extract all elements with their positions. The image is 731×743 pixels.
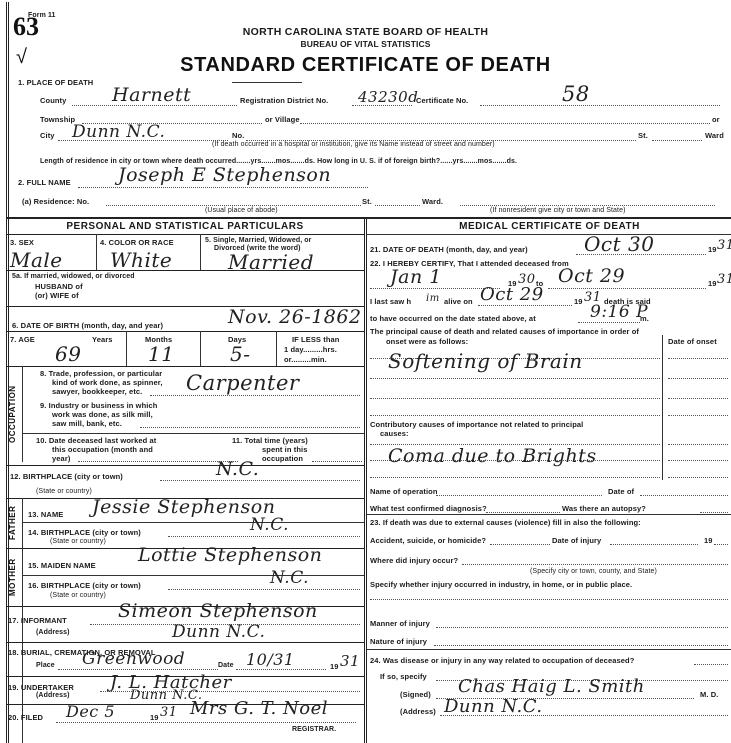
industry-label: 9. Industry or business in which <box>40 401 157 410</box>
dod-label: 21. DATE OF DEATH (month, day, and year) <box>370 245 528 254</box>
occurred-label: to have occurred on the date stated abov… <box>370 314 536 323</box>
injury-date-label: Date of injury <box>552 536 601 545</box>
dod-year-field[interactable]: 31 <box>717 238 731 253</box>
registrar-field[interactable]: Mrs G. T. Noel <box>190 698 328 719</box>
md-label: M. D. <box>700 690 718 699</box>
no-label: No. <box>232 131 244 140</box>
spouse-label: 5a. If married, widowed, or divorced <box>12 273 135 280</box>
side-divider <box>22 366 23 462</box>
city-label: City <box>40 131 55 140</box>
lastsaw-field[interactable]: Oct 29 <box>480 284 544 305</box>
external-label: 23. If death was due to external causes … <box>370 518 641 527</box>
lastsaw-year-prefix: 19 <box>574 297 583 306</box>
where-label: Where did injury occur? <box>370 556 458 565</box>
burial-place-line <box>58 669 218 670</box>
or-label: or <box>712 115 720 124</box>
personal-section-title: PERSONAL AND STATISTICAL PARTICULARS <box>6 221 364 232</box>
totaltime-line <box>312 461 362 462</box>
lastsaw-line <box>478 305 572 306</box>
abode-note: (Usual place of abode) <box>205 207 278 214</box>
contributory-label-2: causes: <box>380 429 409 438</box>
side-divider <box>22 498 23 608</box>
less-min-label: or.........min. <box>284 355 327 364</box>
contributory-label: Contributory causes of importance not re… <box>370 420 583 429</box>
section-divider <box>6 217 731 219</box>
col-divider <box>126 331 127 366</box>
row-divider <box>6 465 364 466</box>
to-year-prefix: 19 <box>708 279 717 288</box>
informant-address-field[interactable]: Dunn N.C. <box>172 622 265 642</box>
test-line <box>486 512 560 513</box>
father-bp-label: 14. BIRTHPLACE (city or town) <box>28 528 141 537</box>
filed-label: 20. FILED <box>8 713 43 722</box>
trade-label-2: kind of work done, as spinner, <box>52 378 163 387</box>
onset-line <box>668 415 728 416</box>
birthplace-label: 12. BIRTHPLACE (city or town) <box>10 472 123 481</box>
trade-label: 8. Trade, profession, or particular <box>40 369 162 378</box>
divider <box>232 82 302 83</box>
trade-line <box>150 395 360 396</box>
dod-year-prefix: 19 <box>708 245 717 254</box>
spouse-wife-label: (or) WIFE of <box>35 291 79 300</box>
lastsaw-label: I last saw h <box>370 297 411 306</box>
place-of-death-label: 1. PLACE OF DEATH <box>18 78 93 87</box>
marital-label: 5. Single, Married, Widowed, or <box>205 237 312 244</box>
filed-year-field[interactable]: 31 <box>160 705 178 720</box>
operation-date-label: Date of <box>608 487 634 496</box>
specify-line <box>370 599 728 600</box>
sex-label: 3. SEX <box>10 238 34 247</box>
time-suffix: m. <box>640 314 649 323</box>
manner-line <box>436 627 728 628</box>
row-divider <box>367 234 731 235</box>
occupation-side-label: OCCUPATION <box>8 366 22 462</box>
row-divider <box>367 514 731 515</box>
race-label: 4. COLOR OR RACE <box>100 238 174 247</box>
age-days-field[interactable]: 5- <box>230 342 250 366</box>
age-months-field[interactable]: 11 <box>148 342 174 366</box>
col-divider <box>276 331 277 366</box>
mother-bp-sub: (State or country) <box>50 592 106 599</box>
county-label: County <box>40 96 66 105</box>
autopsy-label: Was there an autopsy? <box>562 504 646 513</box>
injury-year-label: 19 <box>704 536 713 545</box>
row-divider <box>6 642 364 643</box>
address-label: (Address) <box>400 707 436 716</box>
num-divider <box>22 606 23 743</box>
informant-label: 17. INFORMANT <box>8 616 67 625</box>
cause-line <box>370 378 660 379</box>
totaltime-label-3: occupation <box>262 454 303 463</box>
col-divider <box>200 234 201 270</box>
related-line <box>694 664 728 665</box>
dod-field[interactable]: Oct 30 <box>584 232 654 256</box>
onset-line <box>668 477 728 478</box>
dob-field[interactable]: Nov. 26-1862 <box>228 306 362 328</box>
filed-date-field[interactable]: Dec 5 <box>66 702 115 721</box>
operation-label: Name of operation <box>370 487 438 496</box>
district-field[interactable]: 43230d <box>358 88 418 106</box>
contributory-line <box>370 477 660 478</box>
attended-to-field[interactable]: Oct 29 <box>558 265 625 287</box>
birthplace-line <box>160 480 360 481</box>
cause-label: The principal cause of death and related… <box>370 327 639 336</box>
accident-line <box>490 544 550 545</box>
totaltime-label-2: spent in this <box>262 445 307 454</box>
county-field[interactable]: Harnett <box>112 84 191 106</box>
row-divider <box>6 234 364 235</box>
certificate-field[interactable]: 58 <box>562 82 590 106</box>
trade-label-3: sawyer, bookkeeper, etc. <box>52 387 142 396</box>
cause-line <box>370 415 660 416</box>
row-divider <box>6 270 364 271</box>
ifso-label: If so, specify <box>380 672 427 681</box>
trade-field[interactable]: Carpenter <box>186 371 299 395</box>
row-divider <box>22 433 364 434</box>
injury-year-line <box>714 544 728 545</box>
residence-st-line <box>375 205 420 206</box>
page-title: STANDARD CERTIFICATE OF DEATH <box>0 54 731 77</box>
father-bp-line <box>168 536 360 537</box>
industry-line <box>140 427 360 428</box>
burial-year-prefix: 19 <box>330 662 339 671</box>
undertaker-label: 19. UNDERTAKER <box>8 683 74 692</box>
cause-label-2: onset were as follows: <box>386 337 468 346</box>
operation-line <box>436 495 602 496</box>
specify-label: Specify whether injury occurred in indus… <box>370 580 632 589</box>
lastworked-line <box>78 461 238 462</box>
race-field[interactable]: White <box>110 248 172 272</box>
father-bp-field[interactable]: N.C. <box>250 515 289 535</box>
industry-label-3: saw mill, bank, etc. <box>52 419 122 428</box>
burial-year-field[interactable]: 31 <box>340 652 360 670</box>
onset-line <box>668 460 728 461</box>
less-label: IF LESS than <box>292 335 339 344</box>
manner-label: Manner of injury <box>370 619 430 628</box>
alive-label: alive on <box>444 297 473 306</box>
less-hrs-label: 1 day.........hrs. <box>284 345 337 354</box>
mother-bp-label: 16. BIRTHPLACE (city or town) <box>28 581 141 590</box>
col-divider <box>200 331 201 366</box>
undertaker-address-label: (Address) <box>36 692 70 699</box>
father-name-label: 13. NAME <box>28 510 63 519</box>
filed-line <box>56 722 356 723</box>
time-line <box>578 322 640 323</box>
city-field[interactable]: Dunn N.C. <box>72 122 165 142</box>
where-line <box>462 564 728 565</box>
father-bp-sub: (State or country) <box>50 538 106 545</box>
residence-ward-line <box>460 205 715 206</box>
residence-st-label: St. <box>362 197 372 206</box>
to-year-field[interactable]: 31 <box>717 272 731 287</box>
autopsy-line <box>700 512 728 513</box>
township-label: Township <box>40 115 75 124</box>
village-label: or Village <box>265 115 300 124</box>
signed-label: (Signed) <box>400 690 431 699</box>
lastworked-label-3: year) <box>52 454 70 463</box>
burial-place-field[interactable]: Greenwood <box>82 649 185 669</box>
st-label: St. <box>638 131 648 140</box>
test-label: What test confirmed diagnosis? <box>370 504 487 513</box>
medical-section-title: MEDICAL CERTIFICATE OF DEATH <box>368 221 731 232</box>
center-divider <box>364 217 367 743</box>
nonresident-note: (If nonresident give city or town and St… <box>490 207 626 214</box>
burial-date-label: Date <box>218 662 234 669</box>
dob-label: 6. DATE OF BIRTH (month, day, and year) <box>12 321 163 330</box>
residence-label: (a) Residence: No. <box>22 197 89 206</box>
injury-date-line <box>610 544 698 545</box>
related-label: 24. Was disease or injury in any way rel… <box>370 656 634 665</box>
operation-date-line <box>640 495 728 496</box>
onset-line <box>668 444 728 445</box>
mother-side-label: MOTHER <box>8 548 22 606</box>
lastworked-label-2: this occupation (month and <box>52 445 153 454</box>
birthplace-sub: (State or country) <box>36 488 92 495</box>
st-line <box>652 140 702 141</box>
totaltime-label: 11. Total time (years) <box>232 436 308 445</box>
mother-name-field[interactable]: Lottie Stephenson <box>138 544 322 566</box>
cause-field[interactable]: Softening of Brain <box>388 353 628 369</box>
mother-name-label: 15. MAIDEN NAME <box>28 561 96 570</box>
registrar-label: REGISTRAR. <box>292 726 336 733</box>
cause-line <box>370 398 660 399</box>
board-title: NORTH CAROLINA STATE BOARD OF HEALTH <box>0 26 731 38</box>
years-label: Years <box>92 335 113 344</box>
row-divider <box>6 331 364 332</box>
informant-address-label: (Address) <box>36 629 70 636</box>
onset-label: Date of onset <box>668 337 717 346</box>
full-name-label: 2. FULL NAME <box>18 178 71 187</box>
nature-line <box>434 645 728 646</box>
residence-line <box>106 205 361 206</box>
residence-ward-label: Ward. <box>422 197 443 206</box>
where-note: (Specify city or town, county, and State… <box>530 568 657 575</box>
father-name-field[interactable]: Jessie Stephenson <box>92 496 275 518</box>
row-divider <box>22 522 364 523</box>
mother-bp-line <box>168 589 360 590</box>
father-side-label: FATHER <box>8 498 22 548</box>
ward-label: Ward <box>705 131 724 140</box>
row-divider <box>6 366 364 367</box>
district-line <box>352 105 412 106</box>
onset-line <box>668 378 728 379</box>
village-line <box>300 123 710 124</box>
onset-divider <box>662 440 663 480</box>
col-divider <box>96 234 97 270</box>
accident-label: Accident, suicide, or homicide? <box>370 536 486 545</box>
age-label: 7. AGE <box>10 335 35 344</box>
hospital-note: (If death occurred in a hospital or inst… <box>212 141 495 148</box>
onset-line <box>668 398 728 399</box>
nature-label: Nature of injury <box>370 637 427 646</box>
burial-date-line <box>236 669 326 670</box>
birthplace-field[interactable]: N.C. <box>216 458 259 480</box>
district-label: Registration District No. <box>240 96 328 105</box>
spouse-husband-label: HUSBAND of <box>35 282 83 291</box>
filed-year-prefix: 19 <box>150 713 159 722</box>
contributory-field[interactable]: Coma due to Brights <box>388 449 618 464</box>
full-name-line <box>78 187 368 188</box>
attended-from-field[interactable]: Jan 1 <box>390 266 442 288</box>
burial-date-field[interactable]: 10/31 <box>246 650 295 669</box>
row-divider <box>22 575 364 576</box>
informant-field[interactable]: Simeon Stephenson <box>118 600 318 622</box>
signed-field[interactable]: Chas Haig L. Smith <box>458 676 645 697</box>
bureau-title: BUREAU OF VITAL STATISTICS <box>0 39 731 49</box>
lastworked-label: 10. Date deceased last worked at <box>36 436 156 445</box>
mother-bp-field[interactable]: N.C. <box>270 568 309 588</box>
full-name-field[interactable]: Joseph E Stephenson <box>118 164 331 186</box>
row-divider <box>367 649 731 650</box>
certificate-label: Certificate No. <box>416 96 468 105</box>
attended-to-line <box>548 288 706 289</box>
address-field[interactable]: Dunn N.C. <box>444 696 543 717</box>
industry-label-2: work was done, as silk mill, <box>52 410 153 419</box>
burial-place-label: Place <box>36 662 55 669</box>
age-years-field[interactable]: 69 <box>55 342 81 366</box>
certificate-line <box>480 105 720 106</box>
lastsaw-pronoun-field[interactable]: im <box>426 293 440 304</box>
sex-field[interactable]: Male <box>10 248 63 272</box>
onset-line <box>668 358 728 359</box>
